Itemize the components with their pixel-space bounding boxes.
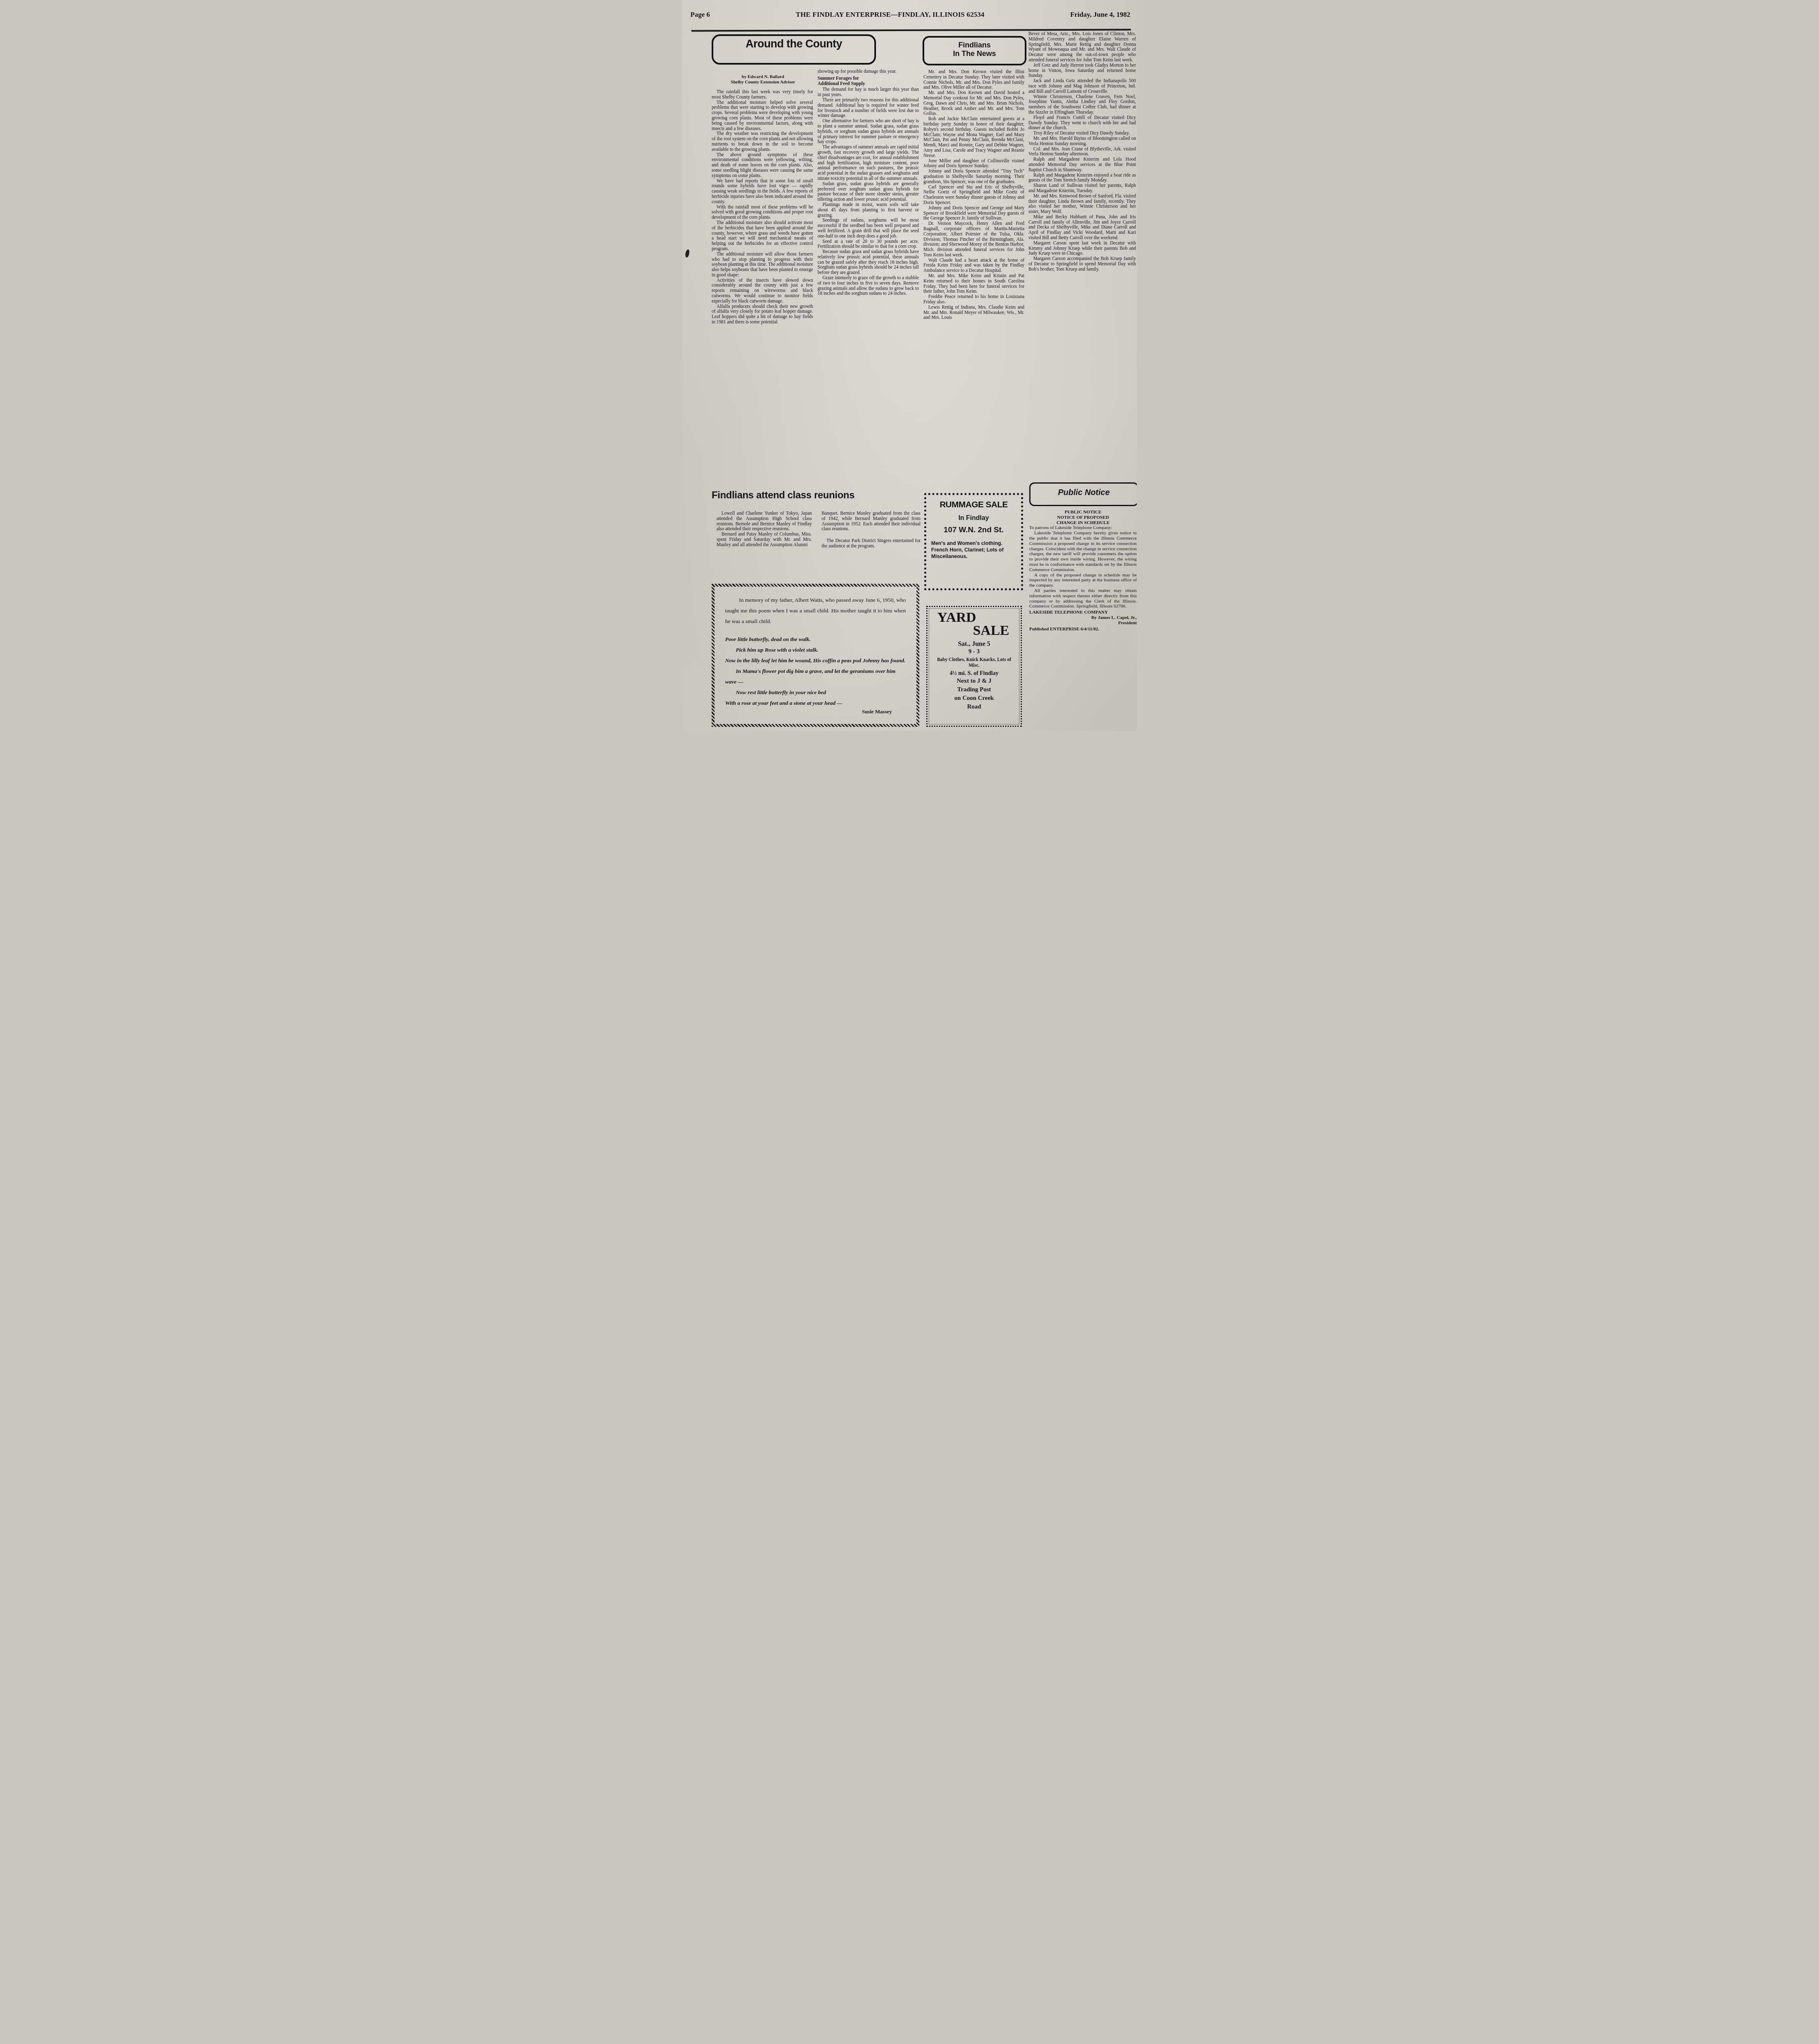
memorial-poem: Poor little butterfly, dead on the walk.… <box>725 634 906 708</box>
news-paragraph: Summer Forages for Additional Feed Suppl… <box>818 76 919 87</box>
poem-line: Now in the lilly leaf let him be wound, … <box>725 655 906 666</box>
poem-line: Poor little butterfly, dead on the walk. <box>725 634 906 645</box>
public-notice-title: Public Notice <box>1058 488 1110 498</box>
news-paragraph: Walt Claude had a heart attack at the ho… <box>923 258 1024 273</box>
news-paragraph: The additional moisture also should acti… <box>712 220 813 252</box>
rummage-sale-content: RUMMAGE SALE In Findlay 107 W.N. 2nd St.… <box>926 495 1021 560</box>
news-paragraph: Dr. Vernon Maycock, Henry Allen and Fred… <box>923 221 1024 258</box>
yard-sale-title-line1: YARD <box>931 611 1017 624</box>
news-paragraph: Lewis Rettig of Indiana, Mrs. Claudie Ke… <box>923 305 1024 320</box>
byline: by Edward N. Ballard Shelby County Exten… <box>715 74 811 85</box>
newspaper-page: Page 6 THE FINDLAY ENTERPRISE—FINDLAY, I… <box>682 0 1137 731</box>
page-header: Page 6 THE FINDLAY ENTERPRISE—FINDLAY, I… <box>690 11 1130 19</box>
public-notice-signatory-title: President <box>1029 621 1137 626</box>
news-paragraph: We have had reports that in some lots of… <box>712 179 813 205</box>
news-paragraph: The advantages of summer annuals are rap… <box>818 145 919 182</box>
rummage-sale-items: Men's and Women's clothing. French Horn,… <box>931 540 1016 560</box>
findlians-news-title-box: Findlians In The News <box>923 36 1026 65</box>
news-paragraph: Margaret Carson accompanied the Bob Krue… <box>1028 256 1136 272</box>
around-the-county-title-box: Around the County <box>712 34 876 65</box>
news-paragraph: The demand for hay is much larger this y… <box>818 87 919 98</box>
yard-sale-title-line2: SALE <box>931 624 1017 637</box>
yard-sale-time: 9 - 3 <box>931 648 1017 655</box>
news-paragraph: One alternative for farmers who are shor… <box>818 119 919 145</box>
findlians-news-title: Findlians In The News <box>953 41 996 58</box>
news-paragraph: Activities of the insects have slowed do… <box>712 278 813 304</box>
rummage-sale-ad: RUMMAGE SALE In Findlay 107 W.N. 2nd St.… <box>924 493 1023 590</box>
news-paragraph: Rob and Jackie McClain entertained guest… <box>923 117 1024 158</box>
news-paragraph: Mr. and Mrs. Don Keown and David hosted … <box>923 90 1024 117</box>
public-notice-signatory: By James L. Capel, Jr., <box>1029 615 1137 621</box>
yard-sale-landmark2: Trading Post <box>931 686 1017 694</box>
news-paragraph: June Miller and daughter of Collinsville… <box>923 159 1024 169</box>
yard-sale-ad: YARD SALE Sat., June 5 9 - 3 Baby Clothe… <box>926 606 1022 727</box>
news-paragraph: Mr. and Mrs. Kenwood Brown of Sanford, F… <box>1028 194 1136 215</box>
news-paragraph: The Decatur Park District Singers entert… <box>822 538 921 549</box>
news-paragraph: Ralph and Margadene Knierim and Lola Hoo… <box>1028 157 1136 173</box>
reunions-headline: Findlians attend class reunions <box>712 490 941 501</box>
ink-smudge <box>685 249 690 258</box>
yard-sale-distance: 4½ mi. S. of Findlay <box>931 670 1017 677</box>
public-notice-heading1: PUBLIC NOTICE <box>1029 510 1137 515</box>
public-notice-company: LAKESIDE TELEPHONE COMPANY <box>1029 610 1137 615</box>
news-paragraph: There are primarily two reasons for this… <box>818 98 919 119</box>
news-paragraph: Mr. and Mrs. Don Keown visited the Illin… <box>923 69 1024 90</box>
around-the-county-title: Around the County <box>746 38 842 50</box>
news-paragraph: Mike and Becky Hubbartt of Pana, John an… <box>1028 215 1136 241</box>
news-paragraph: Margaret Carson spent last week in Decat… <box>1028 241 1136 256</box>
news-paragraph: Ralph and Margadene Knierim enjoyed a bo… <box>1028 173 1136 184</box>
notice-paragraph: A copy of the proposed change in schedul… <box>1029 573 1137 588</box>
news-paragraph: Sudan grass, sudan grass hybrids are gen… <box>818 182 919 202</box>
notice-paragraph: All parties interested in this matter ma… <box>1029 588 1137 609</box>
news-paragraph: Johnny and Doris Spencer and George and … <box>923 206 1024 221</box>
news-paragraph: Plantings made in moist, warm soils will… <box>818 202 919 218</box>
public-notice-published: Published ENTERPRISE 6/4/11/82. <box>1029 627 1137 632</box>
news-paragraph: Johnny and Doris Spencer attended "Tiny … <box>923 169 1024 184</box>
news-paragraph: The additional moisture helped solve sev… <box>712 100 813 132</box>
news-paragraph: Banquet. Bernice Manley graduated from t… <box>822 511 921 532</box>
yard-sale-items: Baby Clothes, Knick Knacks, Lots of Misc… <box>931 657 1017 668</box>
poem-line: Now rest little butterfly in your nice b… <box>725 687 906 698</box>
news-paragraph: Winnie Christerson, Charlene Graven, Fer… <box>1028 94 1136 115</box>
around-county-column-2: showing up for possible damage this year… <box>818 69 919 490</box>
news-paragraph: The above ground symptoms of these envir… <box>712 152 813 179</box>
public-notice-heading2: NOTICE OF PROPOSED <box>1029 515 1137 520</box>
news-paragraph: Jack and Linda Getz attended the Indiana… <box>1028 78 1136 94</box>
news-paragraph: Graze intensely to graze off the growth … <box>818 276 919 296</box>
news-paragraph: Bernard and Patsy Manley of Columbus, Mi… <box>717 532 812 547</box>
poem-line: Pick him up Rose with a violet stalk. <box>725 645 906 655</box>
news-paragraph: The additional moisture will allow those… <box>712 252 813 278</box>
poem-line: In Mama's flower pot dig him a grave, an… <box>725 666 906 687</box>
right-column: Bever of Mesa, Ariz., Mrs. Lois Jones of… <box>1028 31 1136 478</box>
news-paragraph: Seedings of sudans, sorghums will be mos… <box>818 218 919 239</box>
news-paragraph: Mr. and Mrs. Mike Keim and Kristin and P… <box>923 273 1024 294</box>
news-paragraph: Freddie Peace returned to his home in Lo… <box>923 294 1024 305</box>
memorial-poem-box: In memory of my father, Albert Watts, wh… <box>712 584 919 727</box>
public-notice-text: PUBLIC NOTICE NOTICE OF PROPOSED CHANGE … <box>1029 510 1137 713</box>
byline-author: by Edward N. Ballard <box>715 74 811 80</box>
news-paragraph: Seed at a rate of 20 to 30 pounds per ac… <box>818 239 919 250</box>
news-paragraph: Mr. and Mrs. Harold Biyins of Bloomingto… <box>1028 136 1136 147</box>
yard-sale-road1: on Coon Creek <box>931 694 1017 703</box>
findlians-title-line1: Findlians <box>958 41 990 49</box>
news-paragraph: The rainfall this last week was very tim… <box>712 90 813 100</box>
byline-role: Shelby County Extension Adviser <box>715 80 811 85</box>
news-paragraph: Jeff Getz and Judy Herron took Gladys Mo… <box>1028 63 1136 78</box>
notice-paragraph: Lakeside Telephone Company hereby gives … <box>1029 531 1137 572</box>
notice-paragraph: To patrons of Lakeside Telephone Company… <box>1029 525 1137 531</box>
memorial-intro: In memory of my father, Albert Watts, wh… <box>725 595 906 627</box>
public-notice-paragraphs: To patrons of Lakeside Telephone Company… <box>1029 525 1137 609</box>
issue-date: Friday, June 4, 1982 <box>1070 11 1130 19</box>
public-notice-heading3: CHANGE IN SCHEDULE <box>1029 520 1137 526</box>
rummage-sale-title: RUMMAGE SALE <box>931 500 1016 510</box>
news-paragraph: Bever of Mesa, Ariz., Mrs. Lois Jones of… <box>1028 31 1136 63</box>
news-paragraph: Because sudan grass and sudan grass hybr… <box>818 249 919 276</box>
news-paragraph: Troy Riley of Decatur visited Dicy Dawdy… <box>1028 131 1136 136</box>
memorial-signature: Susie Massey <box>725 708 906 715</box>
findlians-title-line2: In The News <box>953 49 996 58</box>
yard-sale-date: Sat., June 5 <box>931 641 1017 648</box>
news-paragraph: Col. and Mrs. Jean Crane of Blytheville,… <box>1028 147 1136 157</box>
rummage-sale-location: In Findlay <box>931 515 1016 522</box>
news-paragraph: Sharon Land of Sullivan visited her pare… <box>1028 183 1136 194</box>
news-paragraph: The dry weather was restricting the deve… <box>712 131 813 152</box>
news-paragraph: Alfalfa producers should check their new… <box>712 304 813 325</box>
reunions-column-1: Lowell and Charlene Yunker of Tokyo, Jap… <box>717 511 812 581</box>
public-notice-title-box: Public Notice <box>1029 482 1137 506</box>
news-paragraph: Floyd and Francis Cuttill of Decatur vis… <box>1028 115 1136 131</box>
news-paragraph: Carl Spencer and Stu and Eric of Shelbyv… <box>923 185 1024 206</box>
yard-sale-landmark1: Next to J & J <box>931 677 1017 686</box>
page-number: Page 6 <box>690 11 710 19</box>
poem-line: With a rose at your feet and a stone at … <box>725 698 906 708</box>
reunions-column-2: Banquet. Bernice Manley graduated from t… <box>822 511 921 581</box>
masthead: THE FINDLAY ENTERPRISE—FINDLAY, ILLINOIS… <box>796 11 985 19</box>
news-paragraph: showing up for possible damage this year… <box>818 69 919 74</box>
findlians-column: Mr. and Mrs. Don Keown visited the Illin… <box>923 69 1024 483</box>
yard-sale-road2: Road <box>931 703 1017 711</box>
rummage-sale-address: 107 W.N. 2nd St. <box>931 526 1016 535</box>
around-county-column-1: The rainfall this last week was very tim… <box>712 90 813 490</box>
news-paragraph: With the rainfall most of these problems… <box>712 205 813 220</box>
news-paragraph: Lowell and Charlene Yunker of Tokyo, Jap… <box>717 511 812 532</box>
